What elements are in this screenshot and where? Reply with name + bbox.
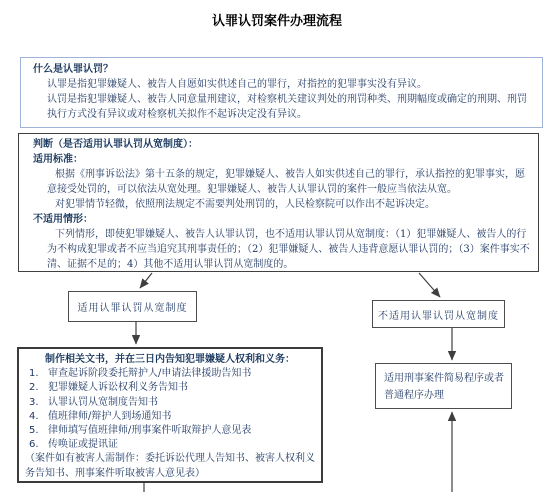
apply-leniency-node: 适用认罪认罚从宽制度	[68, 291, 197, 322]
intro-definition-box: 什么是认罪认罚？ 认罪是指犯罪嫌疑人、被告人自愿如实供述自己的罪行，对指控的犯罪…	[20, 57, 543, 128]
arrow-to-apply	[140, 273, 152, 288]
document-item-1-text: 审查起诉阶段委托辩护人/申请法律援助告知书	[48, 367, 251, 381]
document-item-5-number: 5.	[29, 424, 48, 438]
documents-heading: 制作相关文书，并在三日内告知犯罪嫌疑人权利和义务：	[45, 353, 315, 367]
ordinary-procedure-node: 适用刑事案件简易程序或者普通程序办理	[375, 363, 512, 409]
document-item-4-number: 4.	[29, 410, 48, 424]
document-item-5-text: 律师填写值班律师/刑事案件听取辩护人意见表	[48, 424, 251, 438]
exclusion-heading: 不适用情形：	[33, 212, 530, 227]
not-apply-leniency-label: 不适用认罪认罚从宽制度	[378, 307, 499, 322]
document-item-3: 3. 认罪认罚从宽制度告知书	[29, 396, 315, 410]
intro-heading: 什么是认罪认罚？	[33, 62, 532, 77]
document-item-6-number: 6.	[29, 438, 48, 452]
exclusion-paragraph: 下列情形，即使犯罪嫌疑人、被告人认罪认罚，也不适用认罪认罚从宽制度：（1）犯罪嫌…	[47, 227, 530, 272]
document-item-1: 1. 审查起诉阶段委托辩护人/申请法律援助告知书	[29, 367, 315, 381]
ordinary-procedure-label: 适用刑事案件简易程序或者普通程序办理	[384, 373, 504, 401]
victim-documents-note: （案件如有被害人需制作：委托诉讼代理人告知书、被害人权利义务告知书、刑事案件听取…	[25, 452, 315, 480]
document-item-6: 6. 传唤证或提讯证	[29, 438, 315, 452]
document-item-4-text: 值班律师/辩护人到场通知书	[48, 410, 171, 424]
flowchart-page: 认罪认罚案件办理流程 什么是认罪认罚？ 认罪是指犯罪嫌疑人、被告人自愿如实供述自…	[0, 0, 554, 492]
judgement-criteria-box: 判断（是否适用认罪认罚从宽制度）： 适用标准： 根据《刑事诉讼法》第十五条的规定…	[18, 133, 539, 272]
arrow-to-not-apply	[419, 273, 440, 297]
standard-paragraph-2: 对犯罪情节轻微，依照刑法规定不需要判处刑罚的，人民检察院可以作出不起诉决定。	[47, 197, 530, 212]
judgement-heading: 判断（是否适用认罪认罚从宽制度）：	[33, 137, 530, 152]
document-item-3-text: 认罪认罚从宽制度告知书	[48, 396, 158, 410]
document-item-5: 5. 律师填写值班律师/刑事案件听取辩护人意见表	[29, 424, 315, 438]
document-item-1-number: 1.	[29, 367, 48, 381]
document-item-2-number: 2.	[29, 381, 48, 395]
document-item-3-number: 3.	[29, 396, 48, 410]
document-item-4: 4. 值班律师/辩护人到场通知书	[29, 410, 315, 424]
documents-checklist-box: 制作相关文书，并在三日内告知犯罪嫌疑人权利和义务： 1. 审查起诉阶段委托辩护人…	[17, 347, 323, 483]
standard-paragraph-1: 根据《刑事诉讼法》第十五条的规定，犯罪嫌疑人、被告人如实供述自己的罪行，承认指控…	[47, 167, 530, 197]
apply-leniency-label: 适用认罪认罚从宽制度	[78, 299, 188, 314]
applicable-standard-heading: 适用标准：	[33, 152, 530, 167]
intro-line-confession: 认罪是指犯罪嫌疑人、被告人自愿如实供述自己的罪行，对指控的犯罪事实没有异议。	[47, 77, 532, 92]
page-title: 认罪认罚案件办理流程	[0, 10, 554, 29]
document-item-2: 2. 犯罪嫌疑人诉讼权利义务告知书	[29, 381, 315, 395]
intro-line-punishment: 认罚是指犯罪嫌疑人、被告人同意量刑建议，对检察机关建议判处的刑罚种类、刑期幅度或…	[47, 92, 532, 122]
document-item-2-text: 犯罪嫌疑人诉讼权利义务告知书	[48, 381, 188, 395]
document-item-6-text: 传唤证或提讯证	[48, 438, 118, 452]
not-apply-leniency-node: 不适用认罪认罚从宽制度	[372, 300, 505, 328]
